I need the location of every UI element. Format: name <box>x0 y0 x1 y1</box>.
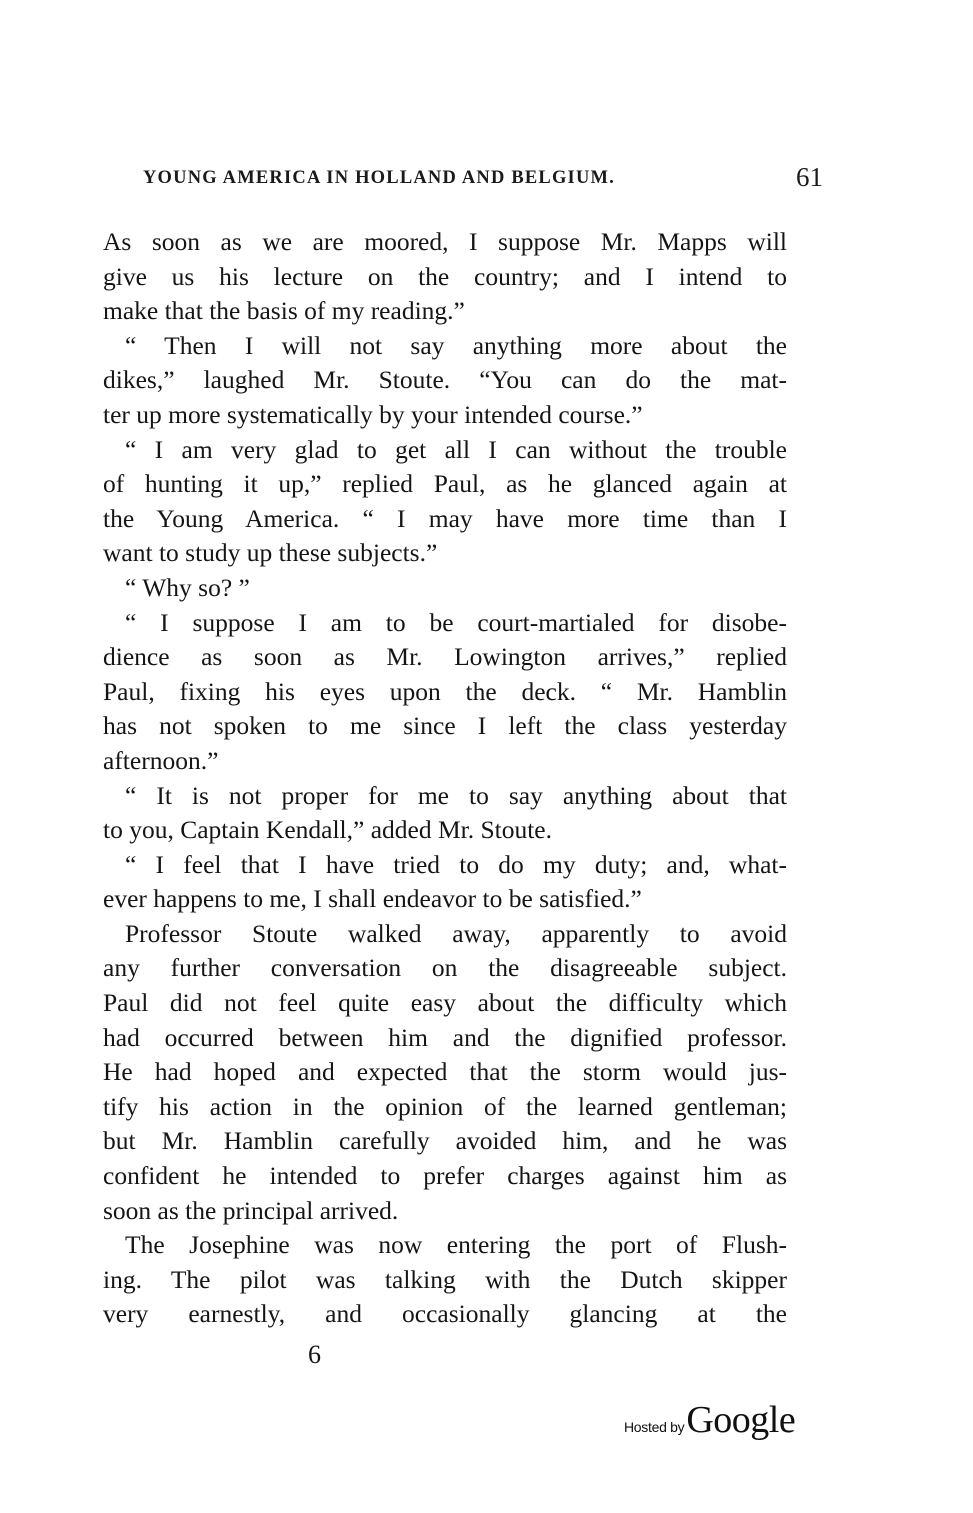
text-line: afternoon.” <box>103 744 787 779</box>
page-number: 61 <box>796 162 823 193</box>
text-line: Professor Stoute walked away, apparently… <box>103 917 787 952</box>
text-line: As soon as we are moored, I suppose Mr. … <box>103 225 787 260</box>
text-line: to you, Captain Kendall,” added Mr. Stou… <box>103 813 787 848</box>
text-line: of hunting it up,” replied Paul, as he g… <box>103 467 787 502</box>
text-line: ever happens to me, I shall endeavor to … <box>103 882 787 917</box>
text-line: dience as soon as Mr. Lowington arrives,… <box>103 640 787 675</box>
text-line: “ It is not proper for me to say anythin… <box>103 779 787 814</box>
hosted-by-google-watermark: Hosted by Google <box>624 1398 795 1442</box>
text-line: ing. The pilot was talking with the Dutc… <box>103 1263 787 1298</box>
text-line: give us his lecture on the country; and … <box>103 260 787 295</box>
text-line: ter up more systematically by your inten… <box>103 398 787 433</box>
book-page: YOUNG AMERICA IN HOLLAND AND BELGIUM. 61… <box>0 0 973 1513</box>
text-line: the Young America. “ I may have more tim… <box>103 502 787 537</box>
google-logo-text: Google <box>686 1398 795 1442</box>
text-line: dikes,” laughed Mr. Stoute. “You can do … <box>103 363 787 398</box>
text-line: but Mr. Hamblin carefully avoided him, a… <box>103 1124 787 1159</box>
body-text: As soon as we are moored, I suppose Mr. … <box>103 225 787 1332</box>
text-line: any further conversation on the disagree… <box>103 951 787 986</box>
hosted-by-label: Hosted by <box>624 1419 684 1435</box>
signature-mark: 6 <box>308 1340 321 1370</box>
text-line: confident he intended to prefer charges … <box>103 1159 787 1194</box>
text-line: “ I feel that I have tried to do my duty… <box>103 848 787 883</box>
text-line: tify his action in the opinion of the le… <box>103 1090 787 1125</box>
text-line: want to study up these subjects.” <box>103 536 787 571</box>
text-line: He had hoped and expected that the storm… <box>103 1055 787 1090</box>
text-line: had occurred between him and the dignifi… <box>103 1021 787 1056</box>
running-header: YOUNG AMERICA IN HOLLAND AND BELGIUM. 61 <box>143 168 823 189</box>
text-line: make that the basis of my reading.” <box>103 294 787 329</box>
text-line: “ Why so? ” <box>103 571 787 606</box>
text-line: “ Then I will not say anything more abou… <box>103 329 787 364</box>
text-line: The Josephine was now entering the port … <box>103 1228 787 1263</box>
text-line: soon as the principal arrived. <box>103 1194 787 1229</box>
text-line: “ I am very glad to get all I can withou… <box>103 433 787 468</box>
running-title: YOUNG AMERICA IN HOLLAND AND BELGIUM. <box>143 168 615 188</box>
text-line: very earnestly, and occasionally glancin… <box>103 1297 787 1332</box>
text-line: has not spoken to me since I left the cl… <box>103 709 787 744</box>
text-line: Paul, fixing his eyes upon the deck. “ M… <box>103 675 787 710</box>
text-line: Paul did not feel quite easy about the d… <box>103 986 787 1021</box>
text-line: “ I suppose I am to be court-martialed f… <box>103 606 787 641</box>
